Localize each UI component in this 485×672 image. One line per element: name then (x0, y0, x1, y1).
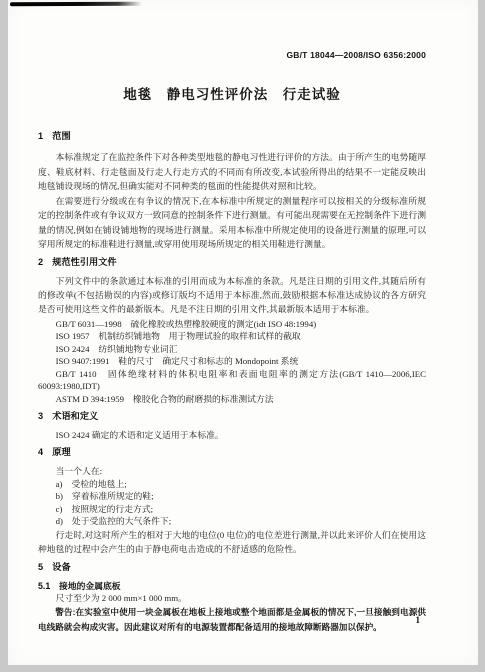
item-text: 处于受监控的大气条件下; (72, 516, 171, 526)
equipment-warning: 警告:在实验室中使用一块金属板在地板上接地或整个地面都是金属板的情况下,一旦接触… (38, 605, 426, 634)
scan-streak-artifact (10, 2, 142, 7)
item-label: b) (56, 491, 63, 501)
equipment-subheading: 5.1 接地的金属底板 (38, 581, 426, 591)
item-text: 受检的地毯上; (71, 479, 126, 489)
principle-item-c: c)按照规定的行走方式; (38, 503, 426, 516)
item-text: 穿着标准所规定的鞋; (72, 491, 154, 501)
reference-item: ISO 2424 纺织铺地物专业词汇 (38, 343, 426, 356)
normative-reference-list: GB/T 6031—1998 硫化橡胶或热塑橡胶硬度的测定(idt ISO 48… (38, 318, 426, 406)
principle-item-d: d)处于受监控的大气条件下; (38, 515, 426, 528)
document-page: GB/T 18044—2008/ISO 6356:2000 地毯 静电习性评价法… (8, 0, 478, 665)
principle-condition-list: a)受检的地毯上; b)穿着标准所规定的鞋; c)按照规定的行走方式; d)处于… (38, 478, 426, 528)
standard-reference: GB/T 18044—2008/ISO 6356:2000 (38, 0, 426, 60)
section-equipment-heading: 5 设备 (38, 562, 426, 573)
document-title: 地毯 静电习性评价法 行走试验 (38, 87, 426, 103)
page-content: GB/T 18044—2008/ISO 6356:2000 地毯 静电习性评价法… (8, 0, 478, 634)
item-label: d) (56, 516, 63, 526)
item-label: a) (56, 479, 63, 489)
principle-item-a: a)受检的地毯上; (38, 478, 426, 491)
screenshot-root: { "doc": { "standard_ref": "GB/T 18044—2… (0, 0, 485, 672)
principle-intro: 当一个人在: (38, 464, 426, 478)
page-number: 1 (416, 615, 421, 625)
reference-item: ISO 9407:1991 鞋的尺寸 确定尺寸和标志的 Mondopoint 系… (38, 355, 426, 368)
reference-item: GB/T 1410 固体绝缘材料的体积电阻率和表面电阻率的测定方法(GB/T 1… (38, 368, 426, 393)
section-terms-heading: 3 术语和定义 (38, 411, 426, 422)
terms-body: ISO 2424 确定的术语和定义适用于本标准。 (38, 428, 426, 442)
reference-item: ASTM D 394:1959 橡胶化合物的耐磨损的标准测试方法 (38, 393, 426, 406)
item-text: 按照规定的行走方式; (71, 504, 153, 514)
section-normative-heading: 2 规范性引用文件 (38, 257, 426, 268)
reference-item: ISO 1957 机制纺织铺地物 用于物理试验的取样和试样的截取 (38, 330, 426, 343)
section-principle-heading: 4 原理 (38, 447, 426, 458)
scope-paragraph-2: 在需要进行分级或在有争议的情况下,在本标准中所规定的测量程序可以按相关的分级标准… (38, 194, 426, 252)
scope-paragraph-1: 本标准规定了在监控条件下对各种类型地毯的静电习性进行评价的方法。由于所产生的电势… (38, 150, 426, 194)
equipment-dimension: 尺寸至少为 2 000 mm×1 000 mm。 (38, 591, 426, 606)
section-scope-heading: 1 范围 (38, 131, 426, 142)
item-label: c) (56, 504, 63, 514)
principle-item-b: b)穿着标准所规定的鞋; (38, 490, 426, 503)
normative-intro: 下列文件中的条款通过本标准的引用而成为本标准的条款。凡是注日期的引用文件,其随后… (38, 274, 426, 316)
principle-closing: 行走时,对这时所产生的相对于大地的电位(0 电位)的电位差进行测量,并以此来评价… (38, 528, 426, 557)
reference-item: GB/T 6031—1998 硫化橡胶或热塑橡胶硬度的测定(idt ISO 48… (38, 318, 426, 331)
